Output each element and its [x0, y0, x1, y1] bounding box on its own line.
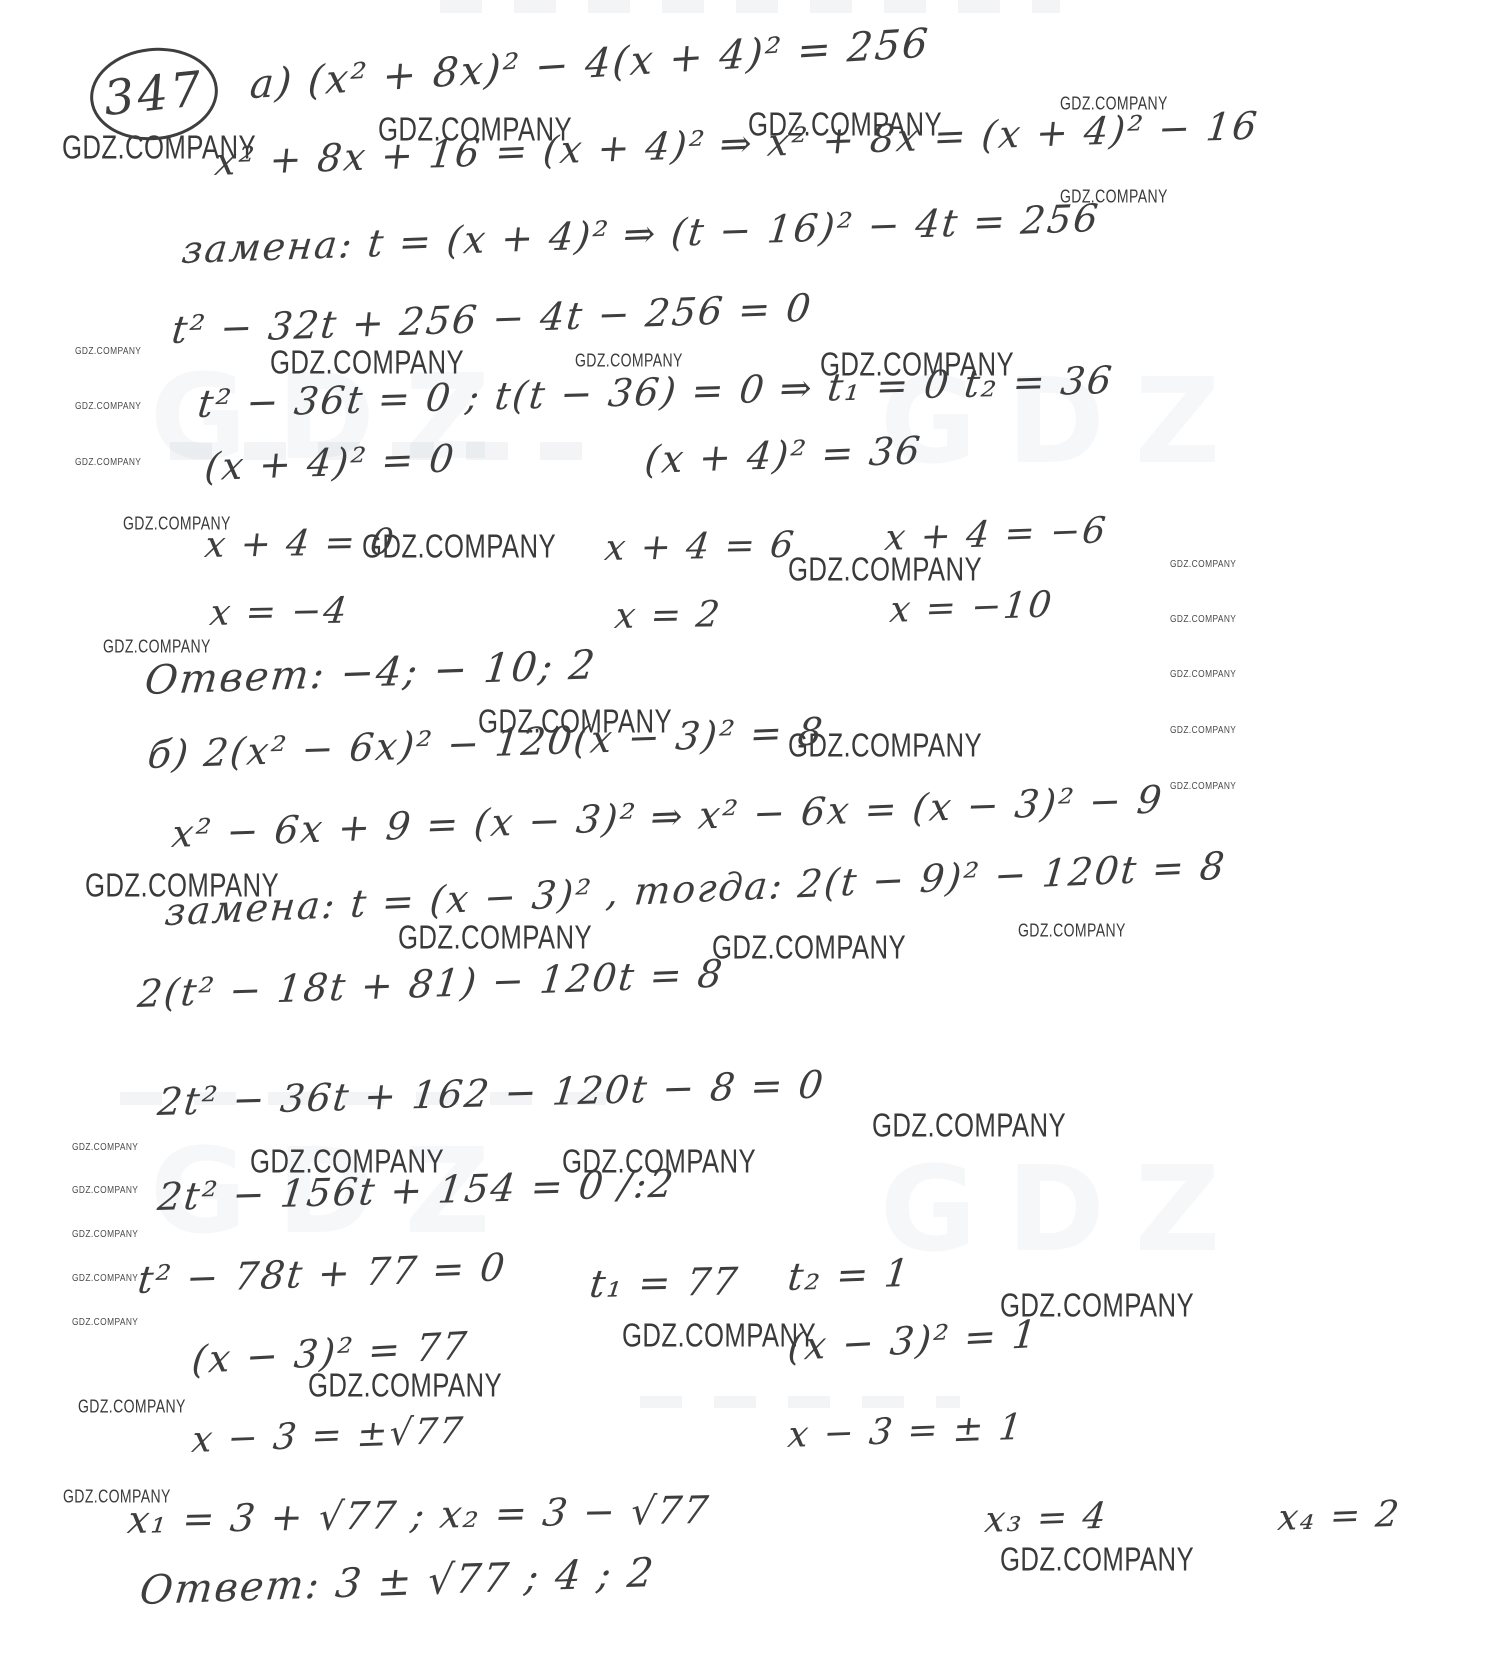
eq-b-case1-root-eq: x − 3 = ±√77 [190, 1410, 466, 1461]
problem-number: 347 [101, 61, 207, 127]
watermark: GDZ.COMPANY [1170, 613, 1236, 625]
watermark: GDZ.COMPANY [72, 1272, 138, 1284]
answer-b: Ответ: 3 ± √77 ; 4 ; 2 [138, 1550, 658, 1614]
eq-a-case2-linear: x + 4 = 6 [602, 525, 797, 569]
watermark: GDZ.COMPANY [575, 350, 683, 371]
scan-noise-strip [640, 1396, 960, 1408]
eq-a-case1: (x + 4)² = 0 [203, 436, 458, 489]
watermark: GDZ.COMPANY [1000, 1540, 1194, 1579]
watermark: GDZ.COMPANY [1018, 920, 1126, 941]
eq-b-root-t2: t₂ = 1 [786, 1251, 913, 1299]
scanned-notebook-page: GDZ GDZ GDZ GDZ GDZ.COMPANY GDZ.COMPANY … [0, 0, 1508, 1666]
eq-a-root3: x = −10 [888, 584, 1056, 631]
answer-a: Ответ: −4; − 10; 2 [143, 642, 599, 704]
eq-b-root-x4: x₄ = 2 [1276, 1494, 1403, 1539]
watermark: GDZ.COMPANY [1170, 780, 1236, 792]
eq-a-root1: x = −4 [207, 591, 350, 635]
eq-a-case1-linear: x + 4 = 0 [202, 522, 397, 566]
eq-b-case2: (x − 3)² = 1 [786, 1312, 1040, 1369]
eq-a-root2: x = 2 [612, 594, 723, 637]
scan-noise-strip [440, 0, 1060, 13]
eq-a-expanded: t² − 32t + 256 − 4t − 256 = 0 [170, 286, 815, 353]
watermark: GDZ.COMPANY [75, 400, 141, 412]
eq-b-root-x3: x₃ = 4 [983, 1496, 1110, 1541]
watermark: GDZ.COMPANY [1170, 724, 1236, 736]
watermark: GDZ.COMPANY [398, 918, 592, 957]
eq-b-identity: x² − 6x + 9 = (x − 3)² ⇒ x² − 6x = (x − … [170, 777, 1166, 856]
watermark: GDZ.COMPANY [72, 1316, 138, 1328]
watermark: GDZ.COMPANY [75, 345, 141, 357]
watermark: GDZ.COMPANY [72, 1184, 138, 1196]
eq-b-roots-x12: x₁ = 3 + √77 ; x₂ = 3 − √77 [125, 1488, 712, 1542]
watermark: GDZ.COMPANY [78, 1396, 186, 1417]
eq-b-root-t1: t₁ = 77 [587, 1259, 741, 1306]
eq-a-substitution: замена: t = (x + 4)² ⇒ (t − 16)² − 4t = … [180, 196, 1102, 272]
watermark: GDZ.COMPANY [75, 456, 141, 468]
ghost-watermark: GDZ [880, 1140, 1250, 1278]
eq-b-case2-root-eq: x − 3 = ± 1 [786, 1407, 1026, 1456]
eq-a-identity: x² + 8x + 16 = (x + 4)² ⇒ x² + 8x = (x +… [213, 103, 1261, 184]
watermark: GDZ.COMPANY [1170, 668, 1236, 680]
eq-b-expanded1: 2(t² − 18t + 81) − 120t = 8 [136, 951, 727, 1016]
eq-a-case3-linear: x + 4 = −6 [883, 510, 1110, 559]
watermark: GDZ.COMPANY [72, 1228, 138, 1240]
watermark: GDZ.COMPANY [872, 1106, 1066, 1145]
watermark: GDZ.COMPANY [712, 928, 906, 967]
eq-a-original: а) (x² + 8x)² − 4(x + 4)² = 256 [248, 20, 931, 108]
watermark: GDZ.COMPANY [1170, 558, 1236, 570]
watermark: GDZ.COMPANY [72, 1141, 138, 1153]
eq-b-expanded2: 2t² − 36t + 162 − 120t − 8 = 0 [155, 1062, 827, 1124]
watermark: GDZ.COMPANY [103, 636, 211, 657]
